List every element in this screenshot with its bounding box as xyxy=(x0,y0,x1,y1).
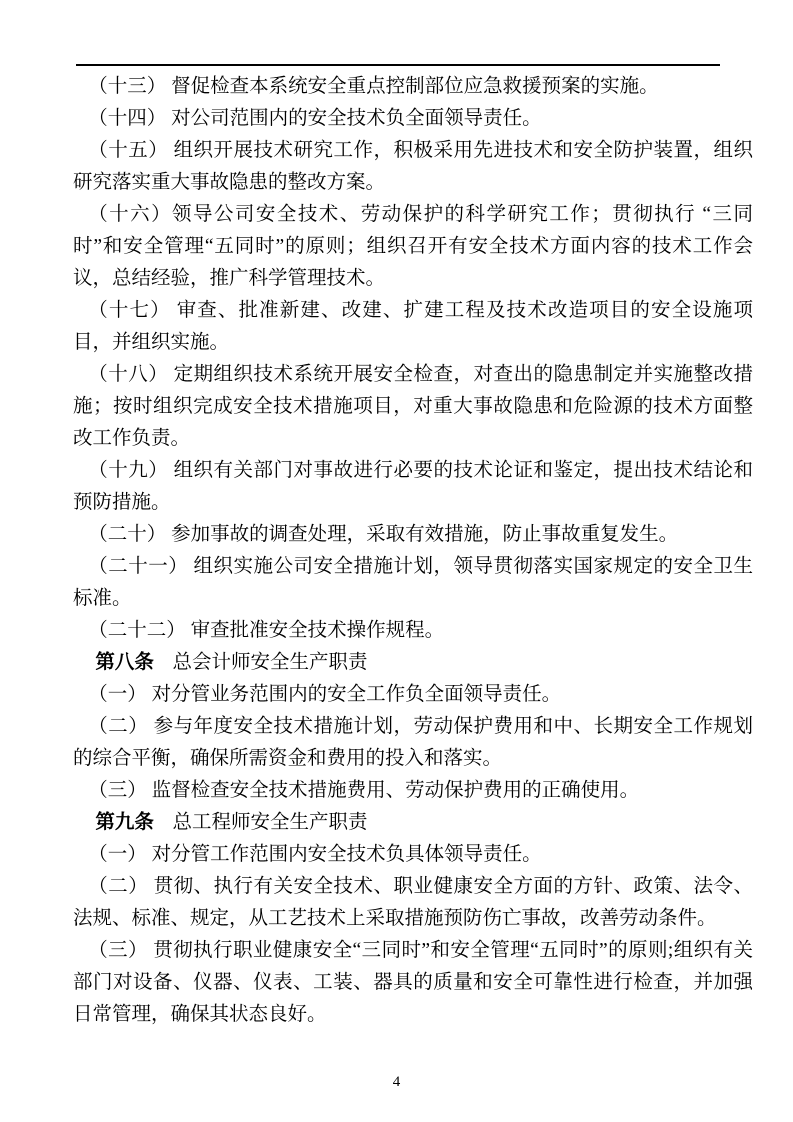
clause-heading: 第九条总工程师安全生产职责 xyxy=(73,807,753,839)
paragraph: （十七） 审查、批准新建、改建、扩建工程及技术改造项目的安全设施项目，并组织实施… xyxy=(73,295,753,359)
clause-heading: 第八条总会计师安全生产职责 xyxy=(73,647,753,679)
paragraph: （二） 参与年度安全技术措施计划，劳动保护费用和中、长期安全工作规划的综合平衡，… xyxy=(73,711,753,775)
paragraph: （十五） 组织开展技术研究工作，积极采用先进技术和安全防护装置，组织研究落实重大… xyxy=(73,135,753,199)
paragraph: （三） 监督检查安全技术措施费用、劳动保护费用的正确使用。 xyxy=(73,775,753,807)
paragraph: （十四） 对公司范围内的安全技术负全面领导责任。 xyxy=(73,103,753,135)
paragraph: （十九） 组织有关部门对事故进行必要的技术论证和鉴定，提出技术结论和预防措施。 xyxy=(73,455,753,519)
document-page: （十三） 督促检查本系统安全重点控制部位应急救援预案的实施。（十四） 对公司范围… xyxy=(0,0,793,1122)
paragraph: （二十） 参加事故的调查处理，采取有效措施，防止事故重复发生。 xyxy=(73,519,753,551)
paragraph: （一） 对分管工作范围内安全技术负具体领导责任。 xyxy=(73,839,753,871)
paragraph: （三） 贯彻执行职业健康安全“三同时”和安全管理“五同时”的原则;组织有关部门对… xyxy=(73,935,753,1031)
paragraph: （一） 对分管业务范围内的安全工作负全面领导责任。 xyxy=(73,679,753,711)
page-number: 4 xyxy=(0,1072,793,1092)
header-rule xyxy=(76,64,720,66)
paragraph: （十六）领导公司安全技术、劳动保护的科学研究工作；贯彻执行 “三同时”和安全管理… xyxy=(73,199,753,295)
clause-number: 第九条 xyxy=(95,812,154,833)
clause-title: 总会计师安全生产职责 xyxy=(172,652,367,673)
document-body: （十三） 督促检查本系统安全重点控制部位应急救援预案的实施。（十四） 对公司范围… xyxy=(73,71,753,1031)
paragraph: （十八） 定期组织技术系统开展安全检查，对查出的隐患制定并实施整改措施；按时组织… xyxy=(73,359,753,455)
paragraph: （十三） 督促检查本系统安全重点控制部位应急救援预案的实施。 xyxy=(73,71,753,103)
clause-title: 总工程师安全生产职责 xyxy=(172,812,367,833)
clause-number: 第八条 xyxy=(95,652,154,673)
paragraph: （二十一） 组织实施公司安全措施计划，领导贯彻落实国家规定的安全卫生标准。 xyxy=(73,551,753,615)
paragraph: （二） 贯彻、执行有关安全技术、职业健康安全方面的方针、政策、法令、法规、标准、… xyxy=(73,871,753,935)
paragraph: （二十二） 审查批准安全技术操作规程。 xyxy=(73,615,753,647)
